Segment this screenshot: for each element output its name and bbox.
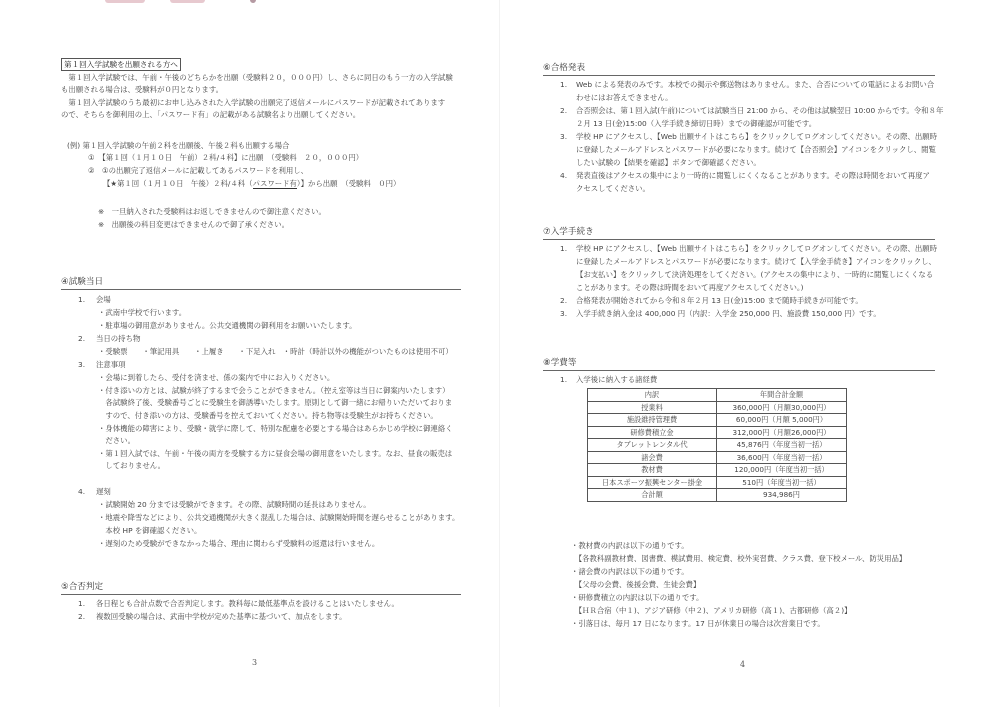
example-step-2-pre: 【★第１回（１月１０日 午後）２科/４科（: [103, 179, 253, 188]
item-line: 複数回受験の場合は、武南中学校が定めた基準に基づいて、加点をします。: [96, 611, 347, 622]
table-header: 内訳: [588, 389, 717, 402]
fee-note: 【各教科副教材費、図書費、模試費用、検定費、校外実習費、クラス費、登下校メール、…: [571, 553, 906, 564]
item-line: ・武南中学校で行います。: [98, 307, 186, 318]
item-number: 3.: [560, 308, 567, 319]
section-rule: [543, 370, 935, 371]
item-line: ・身体機能の障害により、受験・就学に際して、特別な配慮を必要とする場合はあらかじ…: [98, 423, 453, 434]
example-step-1: ① 【第１回（１月１０日 午前）２科/４科】に出願 （受験料 ２０，０００円）: [88, 152, 363, 163]
fee-item: 研修費積立金: [588, 426, 717, 439]
table-header: 年間合計金額: [717, 389, 847, 402]
item-label-belongings: 当日の持ち物: [96, 333, 140, 344]
fee-item: タブレットレンタル代: [588, 439, 717, 452]
section-rule: [543, 239, 935, 240]
item-line: ・試験開始 20 分までは受験ができます。その際、試験時間の延長はありません。: [98, 499, 371, 510]
item-number: 4.: [560, 170, 567, 181]
item-number: 4.: [78, 486, 85, 497]
fee-note: 【父母の会費、後援会費、生徒会費】: [571, 579, 700, 590]
example-step-2: ② ①の出願完了返信メールに記載してあるパスワードを利用し、: [88, 165, 308, 176]
item-line: 合否照会は、第１回入試(午前)については試験当日 21:00 から、その他は試験…: [576, 105, 943, 116]
section-rule: [61, 289, 461, 290]
section-title-exam-day: ④試験当日: [61, 276, 103, 288]
fee-note: ・研修費積立の内訳は以下の通りです。: [571, 592, 703, 603]
item-label-fees: 入学後に納入する諸経費: [576, 374, 657, 385]
fee-amount: 60,000円（月額 5,000円）: [717, 414, 847, 427]
fee-amount: 510円（年度当初一括）: [717, 476, 847, 489]
section-rule: [543, 75, 935, 76]
notice-paragraph: も出願される場合は、受験料が０円となります。: [61, 84, 223, 95]
item-line: ・駐車場の御用意がありません。公共交通機関の御利用をお願いいたします。: [98, 320, 357, 331]
item-line: 各日程とも合計点数で合否判定します。教科毎に最低基準点を設けることはいたしません…: [96, 598, 399, 609]
section-title-fees: ⑧学費等: [543, 357, 577, 369]
item-number: 3.: [560, 131, 567, 142]
item-number: 2.: [560, 105, 567, 116]
item-line: 本校 HP を御確認ください。: [98, 525, 201, 536]
note-refund: ※ 一旦納入された受験料はお返しできませんので御注意ください。: [98, 206, 326, 217]
item-line: に登録したメールアドレスとパスワードが必要になります。続けて【合否照会】アイコン…: [576, 144, 936, 155]
fee-total-amount: 934,986円: [717, 489, 847, 502]
fee-note: ・教材費の内訳は以下の通りです。: [571, 540, 689, 551]
item-line: Web による発表のみです。本校での掲示や郵送物はありません。また、合否について…: [576, 79, 934, 90]
example-step-2-post: ）】から出願 （受験料 ０円）: [297, 179, 400, 188]
item-line: 合格発表が開始されてから令和８年２月 13 日(金)15:00 まで随時手続きが…: [576, 295, 863, 306]
notice-box-title: 第１回入学試験を出願される方へ: [61, 58, 181, 71]
table-total-row: 合計額 934,986円: [588, 489, 847, 502]
item-line: 学校 HP にアクセスし、【Web 出願サイトはこちら】をクリックしてログオンし…: [576, 131, 937, 142]
item-number: 2.: [78, 611, 85, 622]
table-row: 施設維持管理費 60,000円（月額 5,000円）: [588, 414, 847, 427]
table-row: 日本スポーツ振興センター掛金 510円（年度当初一括）: [588, 476, 847, 489]
item-line: ２月 13 日(金)15:00（入学手続き締切日時）までの御確認が可能です。: [576, 118, 816, 129]
item-number: 1.: [560, 79, 567, 90]
item-number: 1.: [560, 374, 567, 385]
fee-total-label: 合計額: [588, 489, 717, 502]
item-line: ださい。: [98, 435, 135, 446]
item-line: に登録したメールアドレスとパスワードが必要になります。続けて【入学金手続き】アイ…: [576, 256, 936, 267]
item-line: ことがあります。その際は時間をおいて再度アクセスしてください。): [576, 282, 803, 293]
table-row: 授業料 360,000円（月額30,000円）: [588, 401, 847, 414]
item-line: わせにはお答えできません。: [576, 92, 673, 103]
item-line: ・会場に到着したら、受付を済ませ、係の案内で中にお入りください。: [98, 372, 334, 383]
fee-amount: 312,000円（月額26,000円）: [717, 426, 847, 439]
fee-item: 日本スポーツ振興センター掛金: [588, 476, 717, 489]
table-row: 研修費積立金 312,000円（月額26,000円）: [588, 426, 847, 439]
item-number: 1.: [78, 294, 85, 305]
example-heading: (例) 第１回入学試験の午前２科を出願後、午後２科も出願する場合: [67, 140, 289, 151]
item-line: ・地震や降雪などにより、公共交通機関が大きく混乱した場合は、試験開始時間を遅らせ…: [98, 512, 459, 523]
item-line: 学校 HP にアクセスし、【Web 出願サイトはこちら】をクリックしてログオンし…: [576, 243, 937, 254]
fee-amount: 36,600円（年度当初一括）: [717, 451, 847, 464]
item-label-late: 遅刻: [96, 486, 111, 497]
page-number-left: 3: [252, 658, 257, 667]
example-step-2-detail: 【★第１回（１月１０日 午後）２科/４科（パスワード有）】から出願 （受験料 ０…: [103, 178, 400, 189]
section-title-enrollment: ⑦入学手続き: [543, 226, 594, 238]
fee-item: 諸会費: [588, 451, 717, 464]
table-row: 教材費 120,000円（年度当初一括）: [588, 464, 847, 477]
page-number-right: 4: [740, 660, 745, 669]
fee-item: 教材費: [588, 464, 717, 477]
item-line: ・遅刻のため受験ができなかった場合、理由に関わらず受験料の返還は行いません。: [98, 538, 379, 549]
notice-paragraph: 第１回入学試験のうち最初にお申し込みされた入学試験の出願完了返信メールにパスワー…: [61, 97, 445, 108]
notice-paragraph: ので、そちらを御利用の上、「パスワード有」の記載がある試験名より出願してください…: [61, 109, 360, 120]
fee-amount: 45,876円（年度当初一括）: [717, 439, 847, 452]
section-title-pass-judgment: ⑤合否判定: [61, 581, 103, 593]
item-number: 1.: [560, 243, 567, 254]
note-subject-change: ※ 出願後の科目変更はできませんので御了承ください。: [98, 219, 289, 230]
item-number: 2.: [560, 295, 567, 306]
item-line: 発表直後はアクセスの集中により一時的に閲覧しにくくなることがあります。その際は時…: [576, 170, 930, 181]
table-row: タブレットレンタル代 45,876円（年度当初一括）: [588, 439, 847, 452]
section-title-results: ⑥合格発表: [543, 62, 585, 74]
item-line: ・受験票 ・筆記用具 ・上履き ・下足入れ ・時計（時計以外の機能がついたものは…: [98, 346, 453, 357]
fee-amount: 120,000円（年度当初一括）: [717, 464, 847, 477]
item-label-venue: 会場: [96, 294, 111, 305]
item-number: 2.: [78, 333, 85, 344]
item-line: 【お支払い】をクリックして決済処理をしてください。(アクセスの集中により、一時的…: [576, 269, 933, 280]
item-label-notes: 注意事項: [96, 359, 126, 370]
item-number: 3.: [78, 359, 85, 370]
item-number: 1.: [78, 598, 85, 609]
fee-amount: 360,000円（月額30,000円）: [717, 401, 847, 414]
notice-paragraph: 第１回入学試験では、午前・午後のどちらかを出願（受験料２０，０００円）し、さらに…: [61, 72, 453, 83]
fee-note: ・諸会費の内訳は以下の通りです。: [571, 566, 689, 577]
fees-table: 内訳 年間合計金額 授業料 360,000円（月額30,000円） 施設維持管理…: [587, 388, 847, 502]
fee-note: 【ＨＲ合宿（中１)、アジア研修（中２)、アメリカ研修（高１)、古都研修（高２)】: [571, 605, 851, 616]
item-line: すので、付き添いの方は、受験番号を控えておいてください。持ち物等は受験生がお持ち…: [98, 410, 438, 421]
table-header-row: 内訳 年間合計金額: [588, 389, 847, 402]
item-line: したい試験の【結果を確認】ボタンで御確認ください。: [576, 157, 761, 168]
password-label-underlined: パスワード有: [253, 179, 297, 189]
fee-item: 授業料: [588, 401, 717, 414]
item-line: ・第１回入試では、午前・午後の両方を受験する方に昼食会場の御用意をいたします。な…: [98, 448, 452, 459]
section-rule: [61, 594, 461, 595]
item-line: クセスしてください。: [576, 183, 650, 194]
item-line: 各試験終了後、受験番号ごとに受験生を御誘導いたします。原則として御一緒にお帰りい…: [98, 397, 452, 408]
item-line: ・付き添いの方とは、試験が終了するまで会うことができません。（控え室等は当日に御…: [98, 385, 450, 396]
item-line: 入学手続き納入金は 400,000 円（内訳：入学金 250,000 円、施設費…: [576, 308, 881, 319]
table-row: 諸会費 36,600円（年度当初一括）: [588, 451, 847, 464]
fee-item: 施設維持管理費: [588, 414, 717, 427]
fee-note: ・引落日は、毎月 17 日になります。17 日が休業日の場合は次営業日です。: [571, 618, 825, 629]
item-line: しておりません。: [98, 460, 165, 471]
